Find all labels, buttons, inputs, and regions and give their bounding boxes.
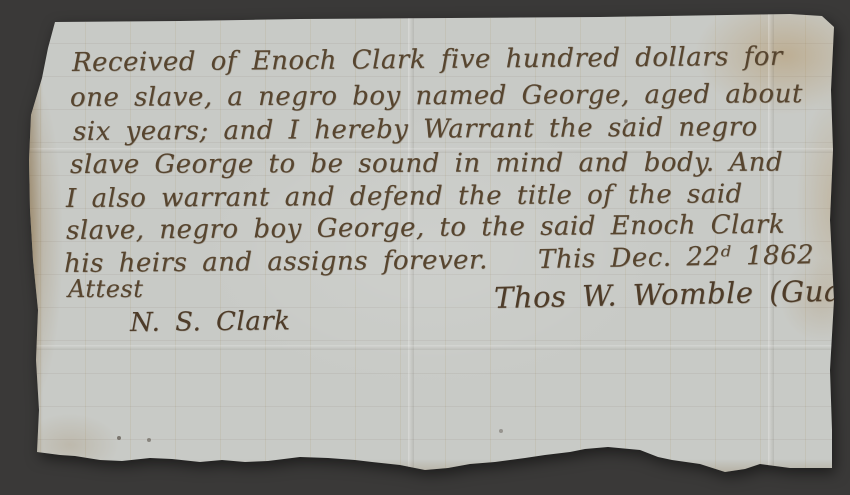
horizontal-fold-crease xyxy=(0,345,850,350)
handwritten-line-5: I also warrant and defend the title of t… xyxy=(66,179,743,214)
handwritten-line-6: slave, negro boy George, to the said Eno… xyxy=(66,210,785,246)
handwritten-line-3: six years; and I hereby Warrant the said… xyxy=(73,112,758,147)
document-paper: Received of Enoch Clark five hundred dol… xyxy=(0,0,850,495)
paper-specks xyxy=(0,0,2,2)
paper-shadow-wrap: Received of Enoch Clark five hundred dol… xyxy=(0,0,850,495)
attest-label: Attest xyxy=(68,275,143,303)
handwritten-line-4: slave George to be sound in mind and bod… xyxy=(70,148,783,180)
photo-background: Received of Enoch Clark five hundred dol… xyxy=(0,0,850,495)
witness-signature: N. S. Clark xyxy=(130,306,291,338)
handwritten-line-7: his heirs and assigns forever. xyxy=(64,245,488,279)
handwritten-line-1: Received of Enoch Clark five hundred dol… xyxy=(72,42,783,78)
handwritten-line-2: one slave, a negro boy named George, age… xyxy=(70,79,803,113)
torn-edge-discoloration xyxy=(27,20,43,467)
date-line: This Dec. 22ᵈ 1862 xyxy=(538,240,815,275)
torn-edge-discoloration xyxy=(30,459,836,477)
seller-signature: Thos W. Womble (Guard) xyxy=(494,273,850,315)
